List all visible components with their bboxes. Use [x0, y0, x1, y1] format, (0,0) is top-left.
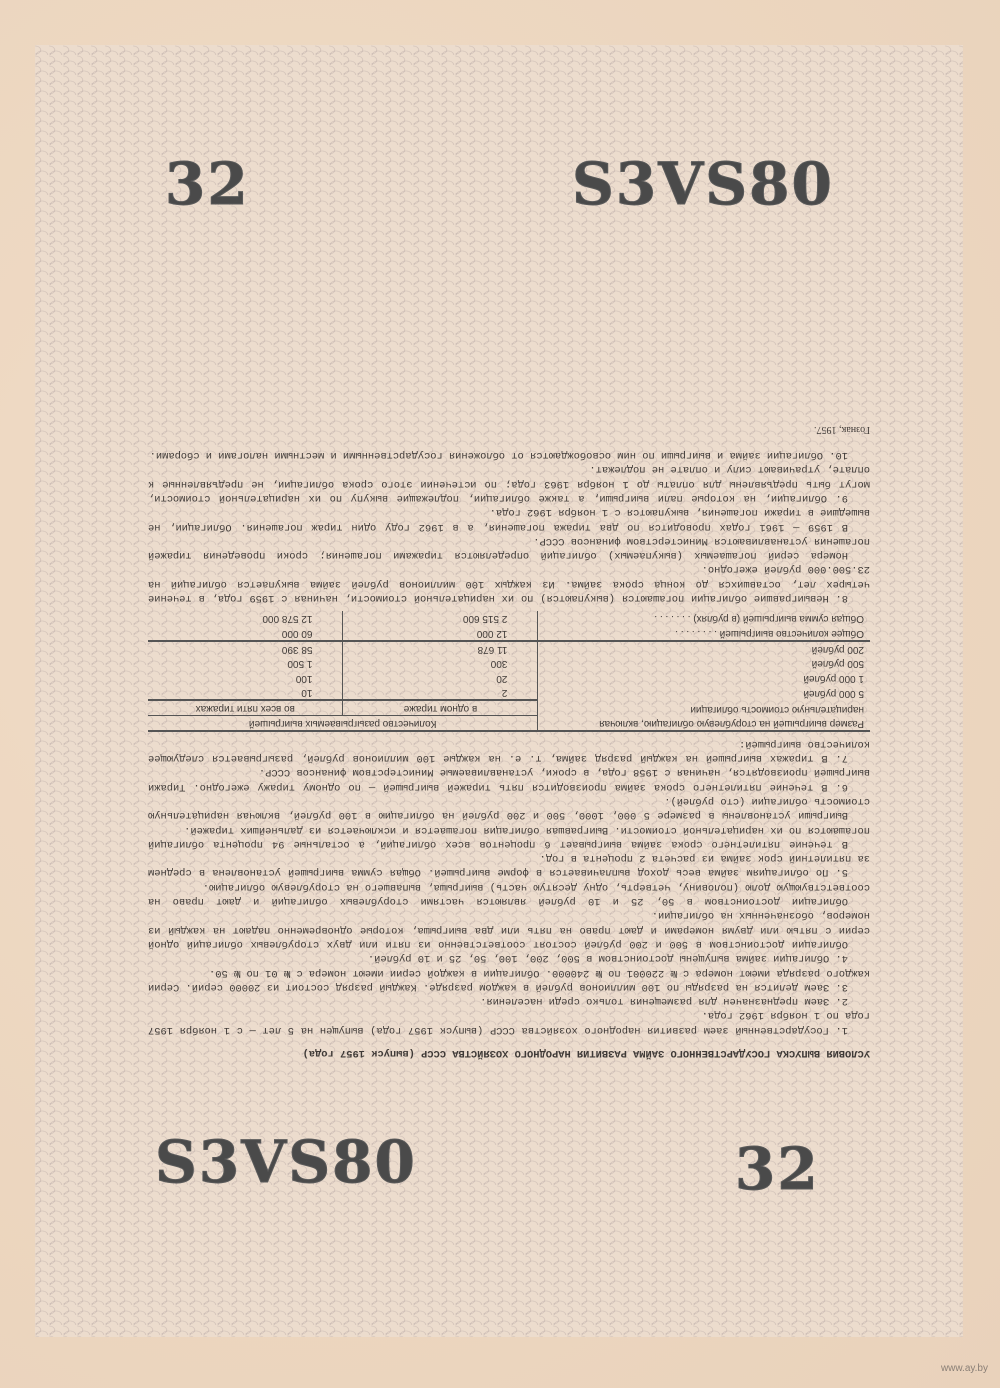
clause-4-c: Облигации достоинством в 50, 25 и 10 руб…	[148, 879, 870, 908]
watermark-text: www.ay.by	[941, 1363, 988, 1374]
conditions-title: УСЛОВИЯ ВЫПУСКА ГОСУДАРСТВЕННОГО ЗАЙМА Р…	[148, 1046, 870, 1060]
header-winning-size: Размер выигрышей на сторублевую облигаци…	[538, 700, 870, 732]
winnings-table: Размер выигрышей на сторублевую облигаци…	[148, 611, 870, 732]
clause-8-c: В 1959 — 1961 годах проводится по два ти…	[148, 505, 870, 534]
clause-5-b: В течение пятилетнего срока займа выигры…	[148, 822, 870, 851]
table-row: 5 000 рублей210	[148, 685, 870, 700]
clause-5-c: Выигрыши установлены в размере 5 000, 10…	[148, 794, 870, 823]
table-row: 200 рублей11 67858 390	[148, 641, 870, 656]
header-one-draw: в одном тираже	[343, 700, 538, 716]
series-number-bottom: 32	[735, 1135, 820, 1203]
clause-5: 5. По облигациям займа весь доход выплач…	[148, 851, 870, 880]
clause-8-b: Номера серий погашаемых (выкупаемых) обл…	[148, 534, 870, 563]
table-total-row: Общая сумма выигрышей (в рублях) . . . .…	[148, 611, 870, 625]
loan-conditions-text: УСЛОВИЯ ВЫПУСКА ГОСУДАРСТВЕННОГО ЗАЙМА Р…	[148, 340, 870, 1060]
table-row: 1 000 рублей20100	[148, 670, 870, 684]
clause-1: 1. Государственный заем развития народно…	[148, 1008, 870, 1037]
clause-4: 4. Облигации займа выпущены достоинством…	[148, 951, 870, 965]
table-row: 500 рублей3001 500	[148, 656, 870, 670]
series-number-top: 32	[165, 150, 250, 218]
bond-number-bottom: S3VS80	[155, 1128, 417, 1196]
clause-2: 2. Заем предназначен для размещения толь…	[148, 994, 870, 1008]
clause-8: 8. Невыигравшие облигации погашаются (вы…	[148, 562, 870, 605]
clause-4-b: Облигации достоинством в 500 и 200 рубле…	[148, 908, 870, 951]
printer-imprint: Гознак, 1957.	[148, 422, 870, 436]
header-all-draws: во всех пяти тиражах	[148, 700, 343, 716]
table-total-row: Общее количество выигрышей . . . . . . .…	[148, 625, 870, 640]
clause-6: 6. В течение пятилетнего срока займа про…	[148, 765, 870, 794]
clause-3: 3. Заем делится на разряды по 100 миллио…	[148, 965, 870, 994]
bond-number-top: S3VS80	[572, 150, 834, 218]
header-winnings-count: Количество разыгрываемых выигрышей	[148, 716, 538, 732]
clause-10: 10. Облигации займа и выигрыши по ним ос…	[148, 448, 870, 462]
clause-7: 7. В тиражах выигрышей на каждый разряд …	[148, 736, 870, 765]
clause-9: 9. Облигации, на которые пали выигрыши, …	[148, 462, 870, 505]
